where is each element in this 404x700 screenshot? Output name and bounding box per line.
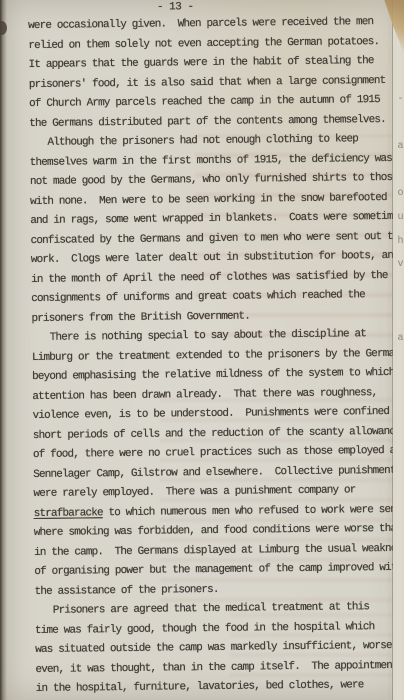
adjacent-page-text-fragment: h [397, 236, 403, 247]
page-edge [392, 0, 393, 700]
adjacent-page-text-fragment: u [397, 212, 403, 223]
adjacent-page-sliver [393, 0, 404, 700]
document-photo: - 13 - were occasionally given. When par… [0, 0, 404, 700]
text-line: in the hospital, furniture, lavatories, … [36, 676, 404, 700]
underlined-term: strafbaracke [34, 507, 103, 520]
photo-left-edge [0, 0, 7, 700]
adjacent-page-text-fragment: v [397, 259, 403, 270]
text-line: of organising power but the management o… [34, 559, 404, 583]
document-body: were occasionally given. When parcels we… [28, 13, 404, 700]
adjacent-page-text-fragment: a [397, 333, 403, 344]
page-number: - 13 - [157, 1, 194, 13]
typewritten-page: - 13 - were occasionally given. When par… [0, 0, 404, 700]
adjacent-page-text-fragment: o [397, 188, 403, 199]
adjacent-page-text-fragment: - [397, 94, 403, 105]
adjacent-page-text-fragment: a [397, 141, 403, 152]
